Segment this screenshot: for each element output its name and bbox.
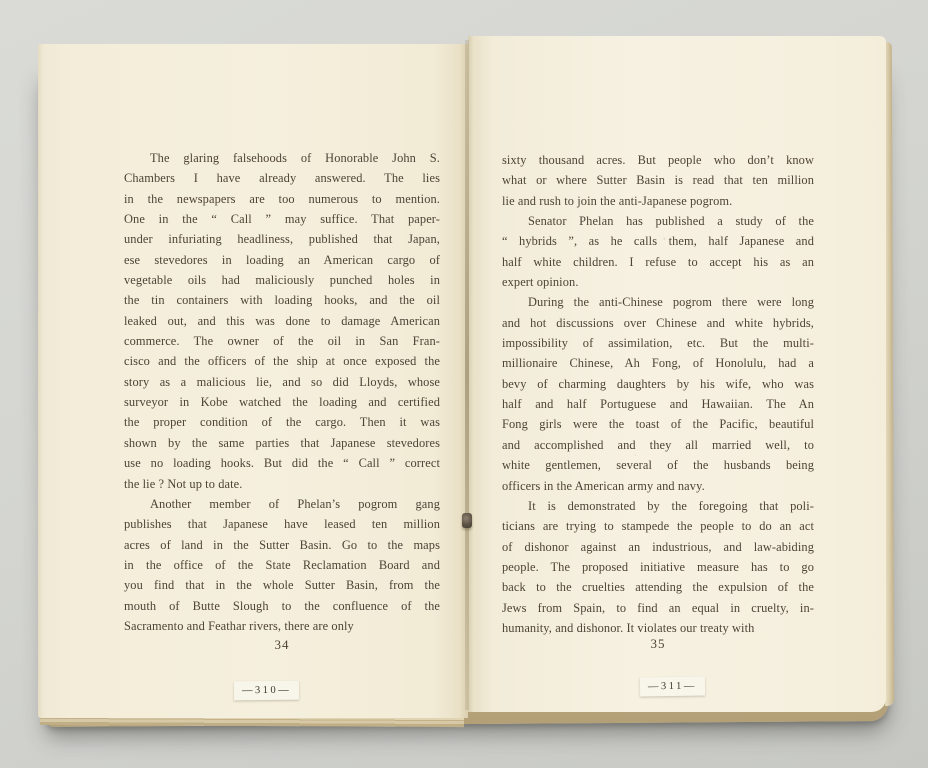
text-line: One in the “ Call ” may suffice. That pa…	[124, 209, 440, 229]
text-line: ese stevedores in loading an American ca…	[124, 250, 440, 270]
photo-background: The glaring falsehoods of Honorable John…	[0, 0, 928, 768]
text-line: Chambers I have already answered. The li…	[124, 168, 440, 188]
page-text: The glaring falsehoods of Honorable John…	[124, 148, 440, 636]
page-number: 34	[124, 637, 440, 653]
book-page-right: sixty thousand acres. But people who don…	[468, 36, 886, 712]
text-line: and hot discussions over Chinese and whi…	[502, 313, 814, 333]
text-line: use no loading hooks. But did the “ Call…	[124, 453, 440, 473]
book-gutter	[465, 40, 469, 710]
text-line: you find that in the whole Sutter Basin,…	[124, 575, 440, 595]
text-line: millionaire Chinese, Ah Fong, of Honolul…	[502, 353, 814, 373]
catalog-number-label: —310—	[234, 681, 299, 701]
text-line: the tin containers with loading hooks, a…	[124, 290, 440, 310]
text-line: story as a malicious lie, and so did Llo…	[124, 372, 440, 392]
text-line: the lie ? Not up to date.	[124, 474, 440, 494]
text-line: impossibility of assimilation, etc. But …	[502, 333, 814, 353]
text-line: lie and rush to join the anti-Japanese p…	[502, 191, 814, 211]
text-line: leaked out, and this was done to damage …	[124, 311, 440, 331]
text-line: Senator Phelan has published a study of …	[502, 211, 814, 231]
text-line: back to the cruelties attending the expu…	[502, 577, 814, 597]
text-line: vegetable oils had maliciously punched h…	[124, 270, 440, 290]
text-line: cisco and the officers of the ship at on…	[124, 351, 440, 371]
text-line: acres of land in the Sutter Basin. Go to…	[124, 535, 440, 555]
text-line: and accomplished and they all married we…	[502, 435, 814, 455]
paragraph: It is demonstrated by the foregoing that…	[502, 496, 814, 638]
text-line: expert opinion.	[502, 272, 814, 292]
text-line: The glaring falsehoods of Honorable John…	[124, 148, 440, 168]
paragraph: During the anti-Chinese pogrom there wer…	[502, 292, 814, 495]
text-line: officers in the American army and navy.	[502, 476, 814, 496]
text-line: Another member of Phelan’s pogrom gang	[124, 494, 440, 514]
text-line: bevy of charming daughters by his wife, …	[502, 374, 814, 394]
text-line: Fong girls were the toast of the Pacific…	[502, 414, 814, 434]
binding-staple	[462, 513, 472, 528]
catalog-number-label: —311—	[640, 677, 705, 697]
text-line: Jews from Spain, to find an equal in cru…	[502, 598, 814, 618]
text-line: commerce. The owner of the oil in San Fr…	[124, 331, 440, 351]
paragraph: Senator Phelan has published a study of …	[502, 211, 814, 292]
paragraph: Another member of Phelan’s pogrom gangpu…	[124, 494, 440, 636]
text-line: in the newspapers are too numerous to me…	[124, 189, 440, 209]
text-line: surveyor in Kobe watched the loading and…	[124, 392, 440, 412]
text-line: of dishonor against an industrious, and …	[502, 537, 814, 557]
paragraph: sixty thousand acres. But people who don…	[502, 150, 814, 211]
paragraph: The glaring falsehoods of Honorable John…	[124, 148, 440, 494]
text-line: people. The proposed initiative measure …	[502, 557, 814, 577]
text-line: ticians are trying to stampede the peopl…	[502, 516, 814, 536]
text-line: During the anti-Chinese pogrom there wer…	[502, 292, 814, 312]
text-line: white gentlemen, several of the husbands…	[502, 455, 814, 475]
text-line: half and half Portuguese and Hawaiian. T…	[502, 394, 814, 414]
text-line: “ hybrids ”, as he calls them, half Japa…	[502, 231, 814, 251]
text-line: sixty thousand acres. But people who don…	[502, 150, 814, 170]
text-line: mouth of Butte Slough to the confluence …	[124, 596, 440, 616]
page-text: sixty thousand acres. But people who don…	[502, 150, 814, 638]
text-line: Sacramento and Feathar rivers, there are…	[124, 616, 440, 636]
text-line: half white children. I refuse to accept …	[502, 252, 814, 272]
text-line: in the office of the State Reclamation B…	[124, 555, 440, 575]
book-page-left: The glaring falsehoods of Honorable John…	[38, 44, 468, 718]
text-line: shown by the same parties that Japanese …	[124, 433, 440, 453]
text-line: It is demonstrated by the foregoing that…	[502, 496, 814, 516]
text-line: publishes that Japanese have leased ten …	[124, 514, 440, 534]
text-line: under infuriating headliness, published …	[124, 229, 440, 249]
page-number: 35	[502, 636, 814, 652]
text-line: the proper condition of the cargo. Then …	[124, 412, 440, 432]
text-line: what or where Sutter Basin is read that …	[502, 170, 814, 190]
